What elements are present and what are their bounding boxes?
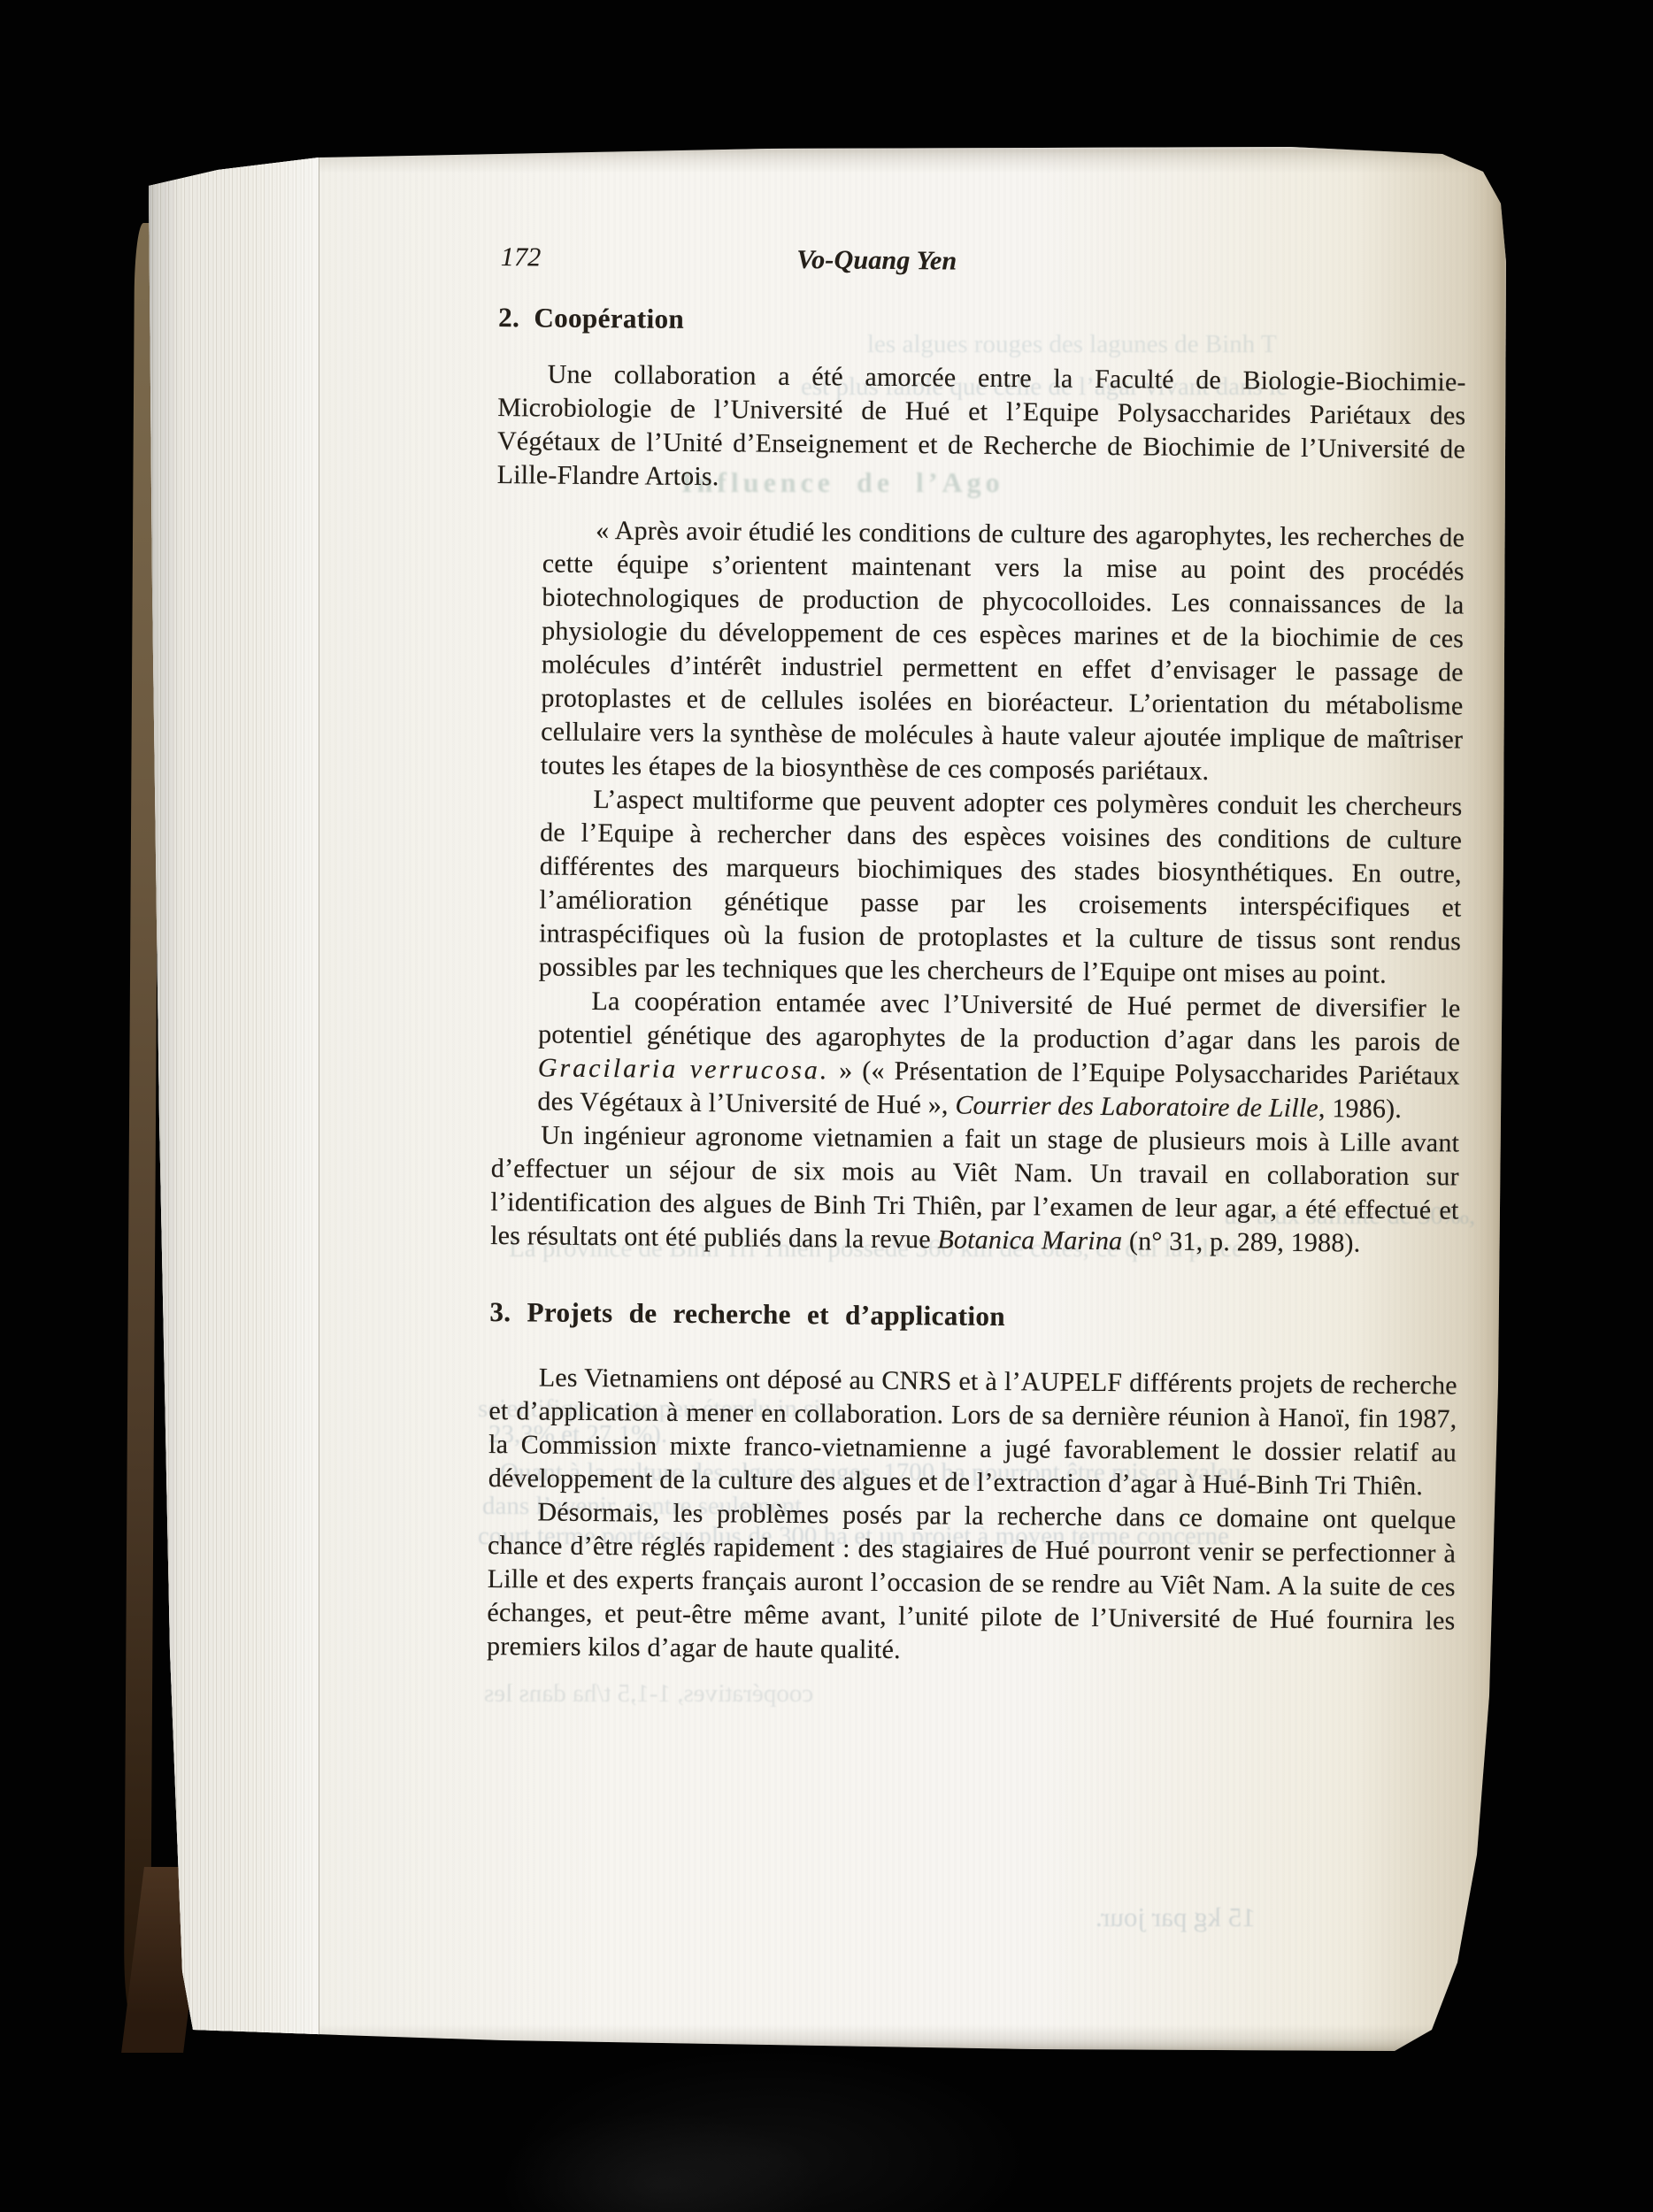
photo-of-book-page: { "header": { "page_number": "172", "run… [0,0,1653,2212]
paragraph-collaboration: Une collaboration a été amorcée entre la… [497,357,1466,501]
engineer-text-b: (n° 31, p. 289, 1988). [1122,1226,1360,1257]
page-text-block: 172 Vo-Quang Yen 2. Coopération Une coll… [487,241,1467,1671]
paragraph-engineer: Un ingénieur agronome vietnamien a fait … [490,1118,1459,1262]
ghost-line-mirrored: coopératives, 1-1,5 t/ha dans les [484,1677,813,1710]
section-2-heading: 2. Coopération [498,301,1466,343]
quote-paragraph-1: « Après avoir étudié les conditions de c… [541,513,1465,790]
quote-3-text-a: La coopération entamée avec l’Université… [538,987,1461,1057]
journal-botanica-marina: Botanica Marina [937,1225,1122,1256]
paragraph-projects: Les Vietnamiens ont déposé au CNRS et à … [488,1361,1457,1504]
journal-name: Courrier des Laboratoire de Lille [955,1091,1319,1124]
quote-3-text-c: , 1986). [1319,1094,1402,1124]
paragraph-desormais: Désormais, les problèmes posés par la re… [487,1495,1457,1672]
quote-paragraph-2: L’aspect multiforme que peuvent adopter … [539,782,1463,992]
quote-paragraph-3: La coopération entamée avec l’Université… [537,984,1460,1126]
block-quote: « Après avoir étudié les conditions de c… [537,513,1465,1126]
section-3-heading: 3. Projets de recherche et d’application [489,1295,1457,1338]
ghost-line-mirrored: 15 kg par jour. [1096,1901,1256,1934]
running-head: 172 Vo-Quang Yen [499,241,1467,283]
species-name: Gracilaria verrucosa. [538,1053,830,1085]
photo-background: les algues rouges des lagunes de Binh T … [0,0,1653,2212]
book-page: les algues rouges des lagunes de Binh T … [149,147,1506,2055]
